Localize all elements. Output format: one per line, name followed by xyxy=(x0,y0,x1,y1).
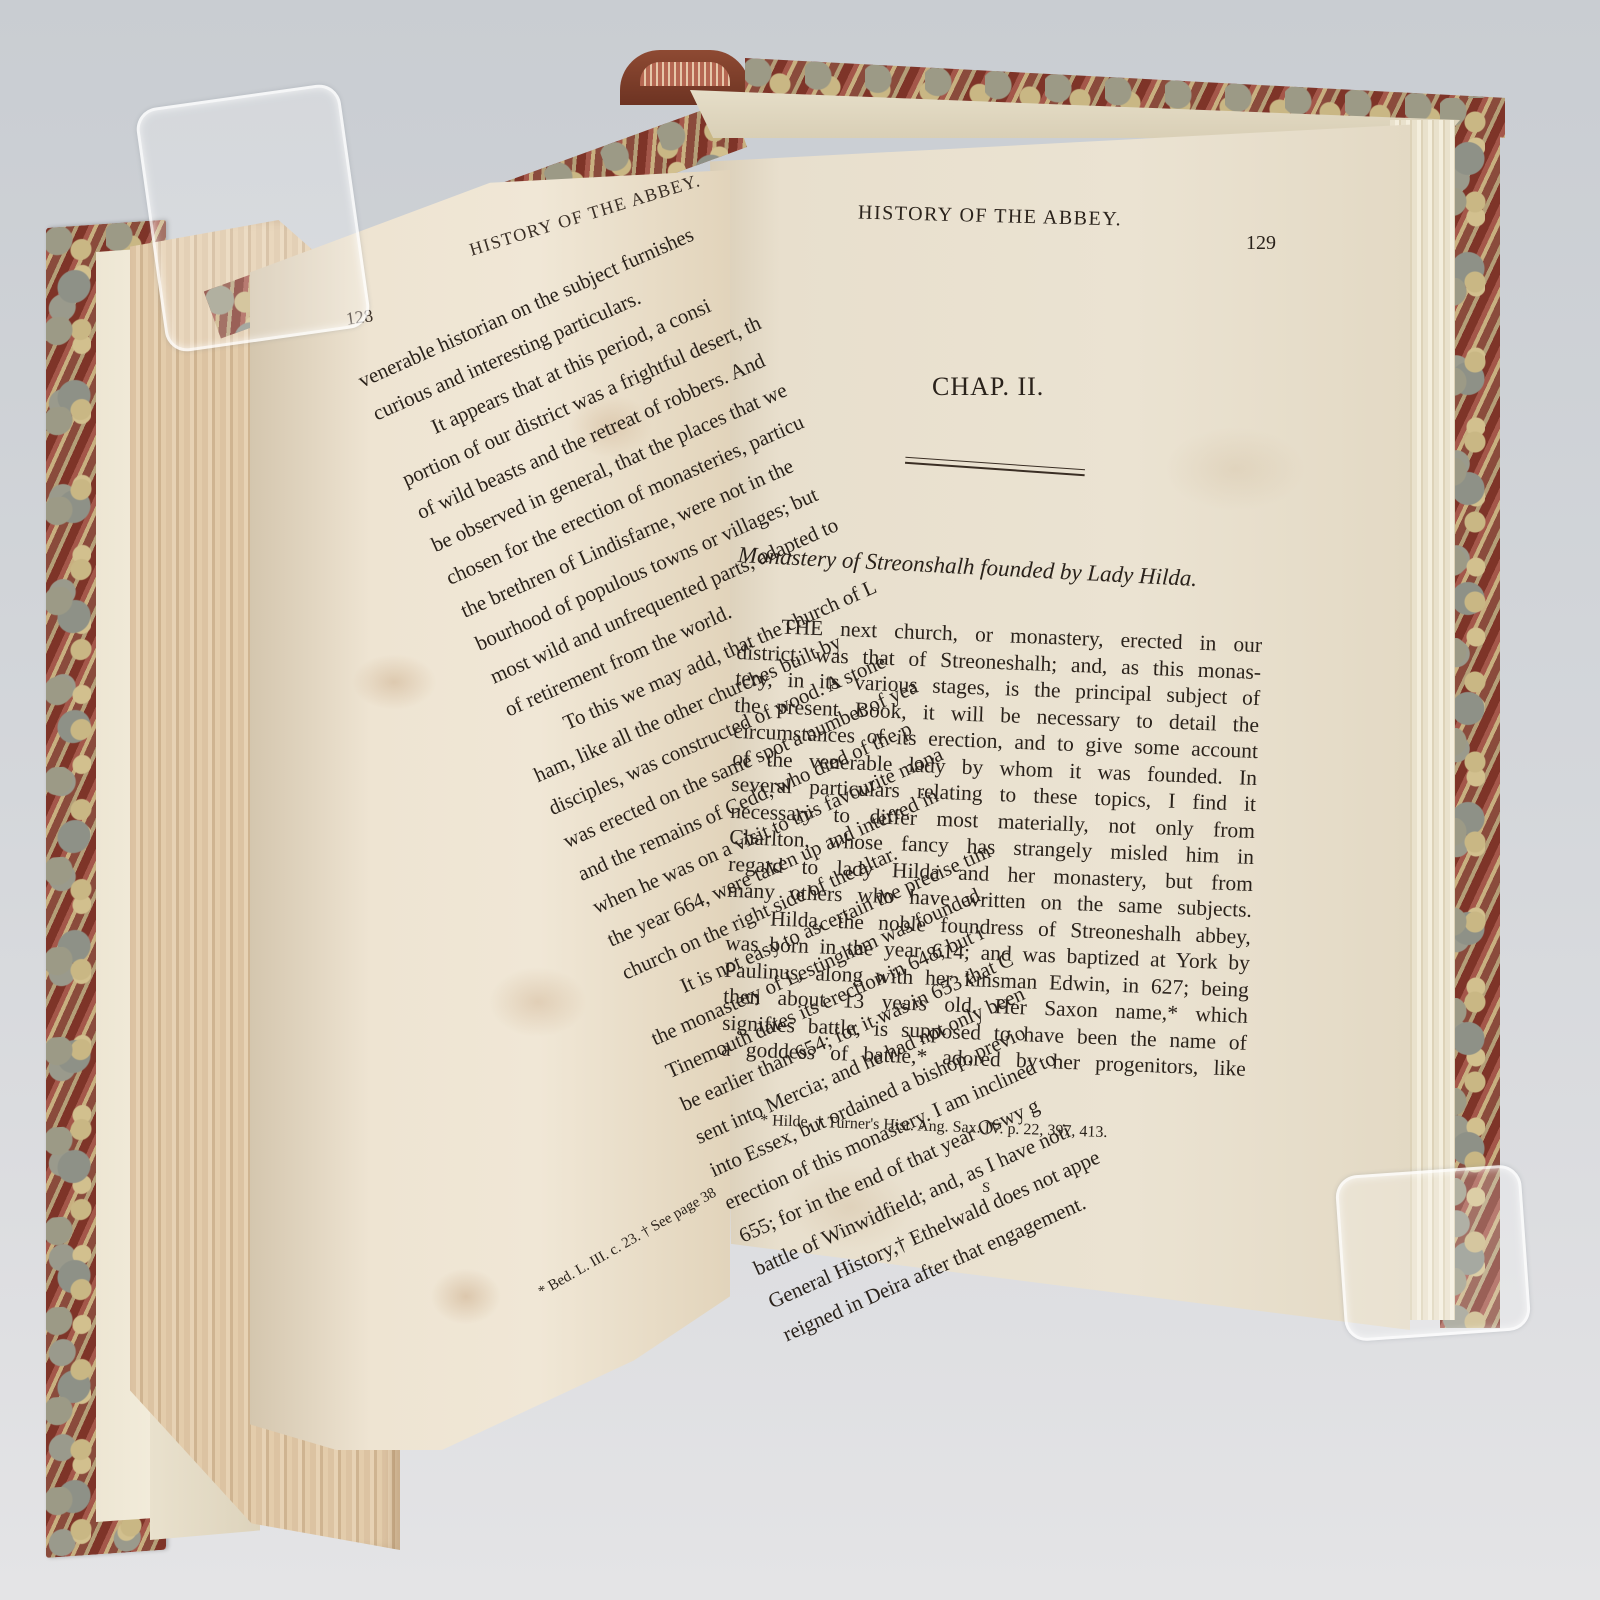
chapter-heading: CHAP. II. xyxy=(932,372,1044,402)
right-page-number: 129 xyxy=(1246,232,1276,255)
clear-plastic-clip-top[interactable] xyxy=(134,82,372,354)
clear-plastic-clip-bottom[interactable] xyxy=(1334,1164,1531,1343)
headband xyxy=(640,62,730,86)
right-page-body: THE next church, or monastery, erected i… xyxy=(721,612,1263,1082)
signature-mark: S xyxy=(982,1180,990,1197)
